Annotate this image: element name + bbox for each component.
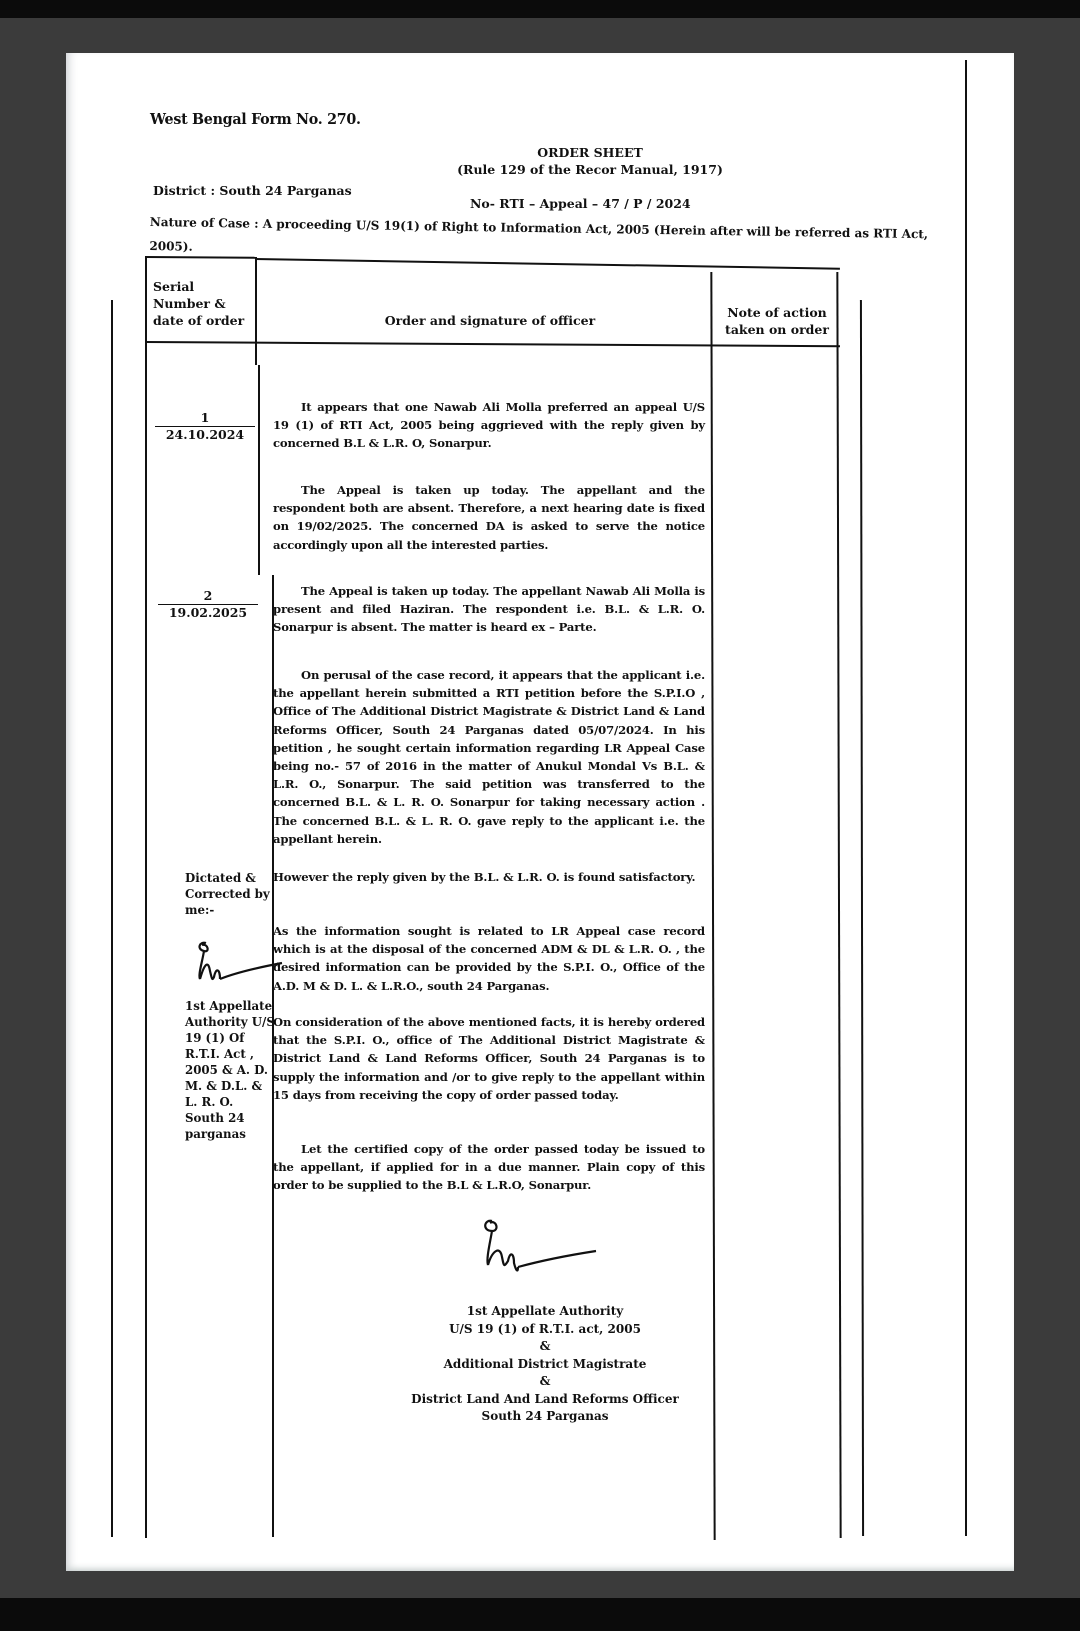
signature-initials xyxy=(480,1215,600,1285)
order-paragraph: However the reply given by the B.L. & L.… xyxy=(273,868,705,886)
serial-number: 2 xyxy=(158,588,258,605)
document-subtitle: (Rule 129 of the Recor Manual, 1917) xyxy=(420,161,760,178)
bottom-bar xyxy=(0,1598,1080,1631)
order-paragraph: On consideration of the above mentioned … xyxy=(273,1013,705,1104)
signature-line: & xyxy=(395,1338,695,1356)
serial-number: 1 xyxy=(155,410,255,427)
signature-line: 1st Appellate Authority xyxy=(395,1303,695,1321)
signature-initials-left xyxy=(190,935,290,995)
document-title: ORDER SHEET xyxy=(420,144,760,161)
order-sheet-heading: ORDER SHEET (Rule 129 of the Recor Manua… xyxy=(420,144,760,178)
margin-line-left xyxy=(111,300,113,1537)
header-order: Order and signature of officer xyxy=(320,312,660,329)
appellate-authority-note: 1st Appellate Authority U/S 19 (1) Of R.… xyxy=(185,998,275,1142)
form-number: West Bengal Form No. 270. xyxy=(150,110,361,128)
order-paragraph: The Appeal is taken up today. The appell… xyxy=(273,481,705,554)
table-col1-divider-mid xyxy=(258,365,260,575)
order-paragraph: The Appeal is taken up today. The appell… xyxy=(273,582,705,637)
signature-block: 1st Appellate Authority U/S 19 (1) of R.… xyxy=(395,1303,695,1426)
header-serial: Serial Number & date of order xyxy=(153,278,253,329)
case-number: No- RTI – Appeal – 47 / P / 2024 xyxy=(470,196,691,211)
signature-line: South 24 Parganas xyxy=(395,1408,695,1426)
table-left-border xyxy=(145,256,147,1538)
signature-line: Additional District Magistrate xyxy=(395,1356,695,1374)
order-date: 24.10.2024 xyxy=(155,427,255,442)
top-bar xyxy=(0,0,1080,18)
order-paragraph: As the information sought is related to … xyxy=(273,922,705,995)
order-paragraph: It appears that one Nawab Ali Molla pref… xyxy=(273,398,705,453)
row-1-serial: 1 24.10.2024 xyxy=(155,410,255,442)
district-label: District : South 24 Parganas xyxy=(153,183,352,198)
header-note: Note of action taken on order xyxy=(722,304,832,338)
order-date: 19.02.2025 xyxy=(158,605,258,620)
signature-line: District Land And Land Reforms Officer xyxy=(395,1391,695,1409)
order-paragraph: On perusal of the case record, it appear… xyxy=(273,666,705,848)
row-2-serial: 2 19.02.2025 xyxy=(158,588,258,620)
signature-line: U/S 19 (1) of R.T.I. act, 2005 xyxy=(395,1321,695,1339)
signature-line: & xyxy=(395,1373,695,1391)
table-col1-divider-top xyxy=(255,257,257,365)
margin-line-far-right xyxy=(965,60,967,1536)
order-paragraph: Let the certified copy of the order pass… xyxy=(273,1140,705,1195)
dictated-note: Dictated & Corrected by me:- xyxy=(185,870,275,918)
